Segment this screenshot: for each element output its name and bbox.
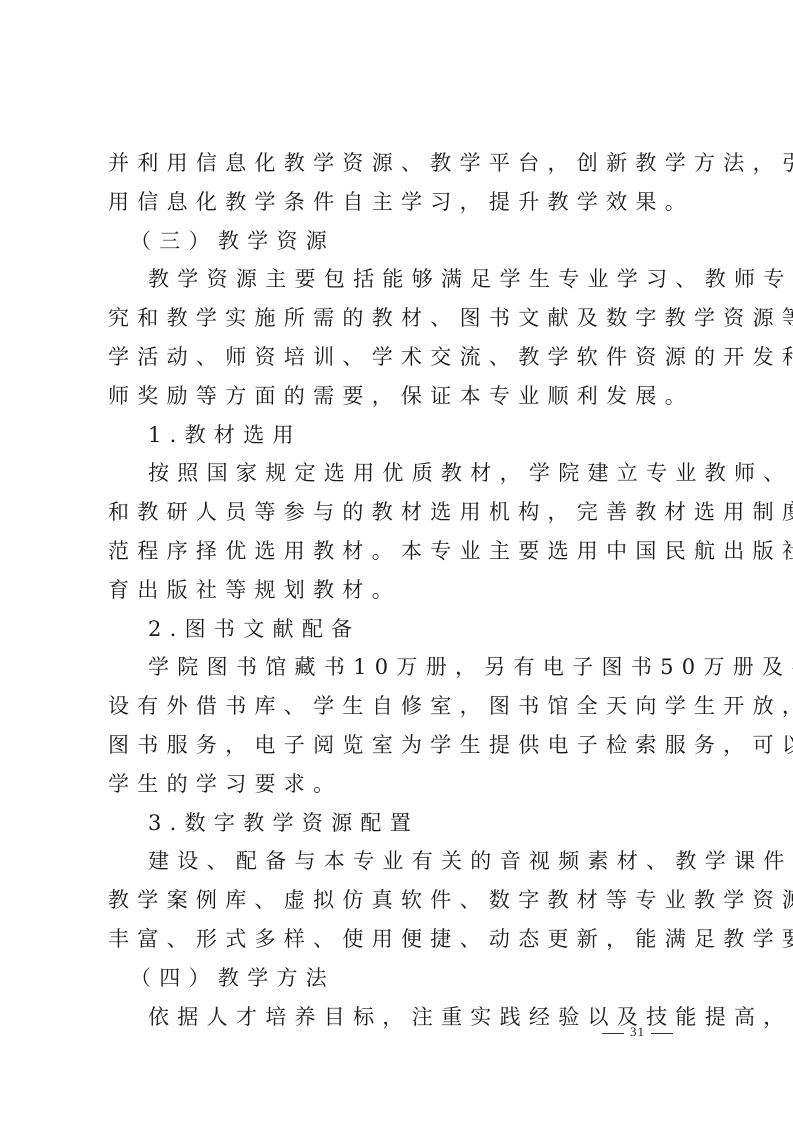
subheading-library-resources: 2.图书文献配备 bbox=[108, 610, 700, 649]
paragraph-line: 并利用信息化教学资源、教学平台，创新教学方法，引导学生利 bbox=[108, 144, 700, 183]
paragraph-line: 教学案例库、虚拟仿真软件、数字教材等专业教学资源库，种类 bbox=[108, 881, 700, 920]
paragraph-line: 究和教学实施所需的教材、图书文献及数字教学资源等，满足教 bbox=[108, 299, 700, 338]
document-body: 并利用信息化教学资源、教学平台，创新教学方法，引导学生利 用信息化教学条件自主学… bbox=[108, 144, 700, 1036]
paragraph-line: 学活动、师资培训、学术交流、教学软件资源的开发和购置、教 bbox=[108, 338, 700, 377]
paragraph-line: 教学资源主要包括能够满足学生专业学习、教师专业教学研 bbox=[108, 260, 700, 299]
paragraph-line: 学院图书馆藏书10万册，另有电子图书50万册及各种期刊， bbox=[108, 648, 700, 687]
paragraph-line: 学生的学习要求。 bbox=[108, 765, 700, 804]
section-heading-teaching-methods: （四）教学方法 bbox=[108, 959, 700, 998]
paragraph-line: 丰富、形式多样、使用便捷、动态更新，能满足教学要求。 bbox=[108, 920, 700, 959]
subheading-textbook-selection: 1.教材选用 bbox=[108, 416, 700, 455]
paragraph-line: 范程序择优选用教材。本专业主要选用中国民航出版社、高等教 bbox=[108, 532, 700, 571]
subheading-digital-resources: 3.数字教学资源配置 bbox=[108, 804, 700, 843]
footer-dash-right bbox=[651, 1033, 673, 1034]
paragraph-line: 师奖励等方面的需要，保证本专业顺利发展。 bbox=[108, 377, 700, 416]
paragraph-line: 用信息化教学条件自主学习，提升教学效果。 bbox=[108, 183, 700, 222]
paragraph-line: 图书服务，电子阅览室为学生提供电子检索服务，可以充分保证 bbox=[108, 726, 700, 765]
page-footer: 31 bbox=[596, 1024, 679, 1040]
section-heading-teaching-resources: （三）教学资源 bbox=[108, 222, 700, 261]
paragraph-line: 设有外借书库、学生自修室，图书馆全天向学生开放，提供借阅 bbox=[108, 687, 700, 726]
paragraph-line: 育出版社等规划教材。 bbox=[108, 571, 700, 610]
paragraph-line: 和教研人员等参与的教材选用机构，完善教材选用制度，经过规 bbox=[108, 493, 700, 532]
paragraph-line: 按照国家规定选用优质教材，学院建立专业教师、行业专家 bbox=[108, 454, 700, 493]
footer-dash-left bbox=[602, 1033, 624, 1034]
paragraph-line: 建设、配备与本专业有关的音视频素材、教学课件、数字化 bbox=[108, 842, 700, 881]
page-number: 31 bbox=[630, 1024, 645, 1039]
